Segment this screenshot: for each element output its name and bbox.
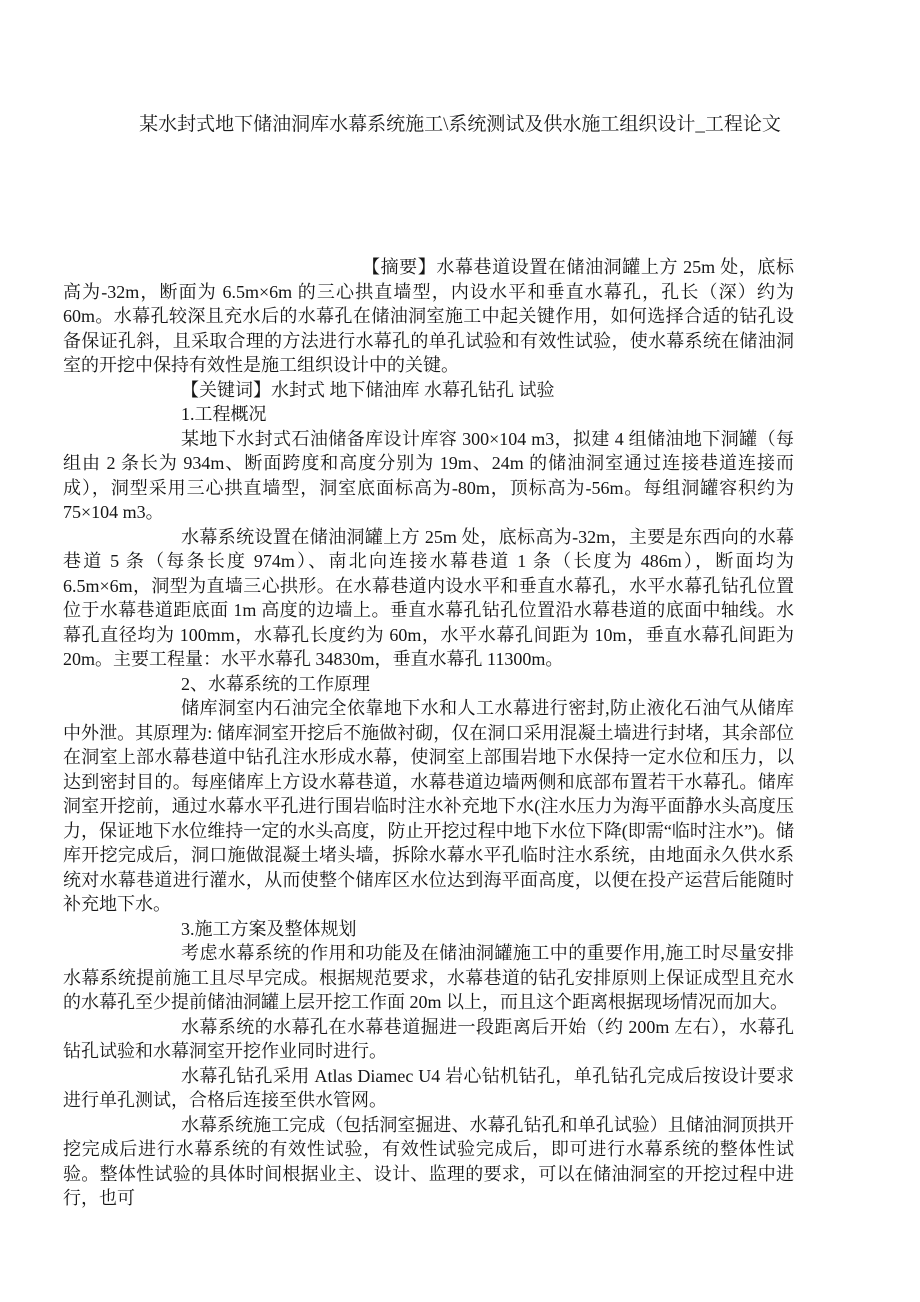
paragraph-section-3-body-1: 考虑水幕系统的作用和功能及在储油洞罐施工中的重要作用,施工时尽量安排水幕系统提前…	[63, 941, 794, 1015]
paragraph-section-3-body-4: 水幕系统施工完成（包括洞室掘进、水幕孔钻孔和单孔试验）且储油洞顶拱开挖完成后进行…	[63, 1113, 794, 1211]
paragraph-section-1-body: 某地下水封式石油储备库设计库容 300×104 m3，拟建 4 组储油地下洞罐（…	[63, 427, 794, 525]
paragraph-list: 【摘要】水幕巷道设置在储油洞罐上方 25m 处，底标高为-32m，断面为 6.5…	[63, 255, 794, 1211]
paragraph-section-2-heading: 2、水幕系统的工作原理	[63, 672, 794, 697]
paragraph-section-3-body-3: 水幕孔钻孔采用 Atlas Diamec U4 岩心钻机钻孔，单孔钻孔完成后按设…	[63, 1064, 794, 1113]
document-page: 某水封式地下储油洞库水幕系统施工\系统测试及供水施工组织设计_工程论文 【摘要】…	[0, 0, 920, 1302]
paragraph-section-1-body-2: 水幕系统设置在储油洞罐上方 25m 处，底标高为-32m，主要是东西向的水幕巷道…	[63, 525, 794, 672]
paragraph-section-1-heading: 1.工程概况	[63, 402, 794, 427]
paragraph-abstract: 【摘要】水幕巷道设置在储油洞罐上方 25m 处，底标高为-32m，断面为 6.5…	[63, 255, 794, 378]
paragraph-section-3-body-2: 水幕系统的水幕孔在水幕巷道掘进一段距离后开始（约 200m 左右），水幕孔钻孔试…	[63, 1015, 794, 1064]
paragraph-section-3-heading: 3.施工方案及整体规划	[63, 917, 794, 942]
document-title: 某水封式地下储油洞库水幕系统施工\系统测试及供水施工组织设计_工程论文	[0, 0, 920, 138]
paragraph-section-2-body: 储库洞室内石油完全依靠地下水和人工水幕进行密封,防止液化石油气从储库中外泄。其原…	[63, 696, 794, 917]
paragraph-keywords: 【关键词】水封式 地下储油库 水幕孔钻孔 试验	[63, 378, 794, 403]
